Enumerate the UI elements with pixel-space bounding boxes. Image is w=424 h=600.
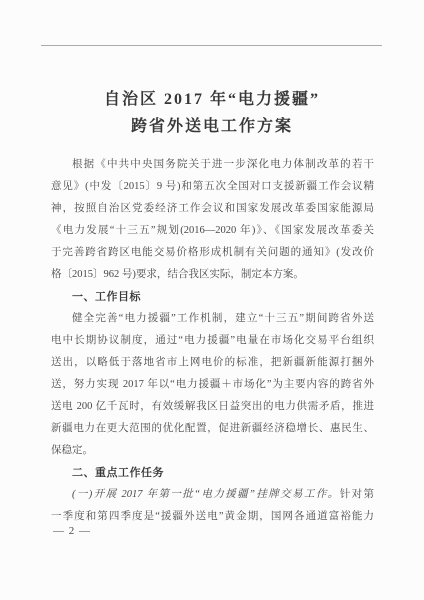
header-rule xyxy=(41,45,382,46)
body-line: 健全完善“电力援疆”工作机制，建立“十三五”期间跨省外送 xyxy=(51,308,374,330)
title-line-2: 跨省外送电工作方案 xyxy=(0,113,424,140)
body-line: 格〔2015〕962 号)要求，结合我区实际，制定本方案。 xyxy=(51,264,374,286)
subsection-heading-emphasis: (一)开展 2017 年第一批“电力援疆”挂牌交易工作。 xyxy=(72,489,340,500)
document-title: 自治区 2017 年“电力援疆” 跨省外送电工作方案 xyxy=(0,86,424,140)
page-number: — 2 — xyxy=(53,520,91,542)
body-line: 电中长期协议制度，通过“电力援疆”电量在市场化交易平台组织 xyxy=(51,330,374,352)
section-heading-1: 一、工作目标 xyxy=(51,286,374,308)
title-line-1: 自治区 2017 年“电力援疆” xyxy=(0,86,424,113)
body-line: (一)开展 2017 年第一批“电力援疆”挂牌交易工作。针对第 xyxy=(51,484,374,506)
body-line: 送出，以略低于落地省市上网电价的标准，把新疆新能源打捆外 xyxy=(51,352,374,374)
section-heading-2: 二、重点工作任务 xyxy=(51,462,374,484)
body-line: 根据《中共中央国务院关于进一步深化电力体制改革的若干 xyxy=(51,154,374,176)
body-line: 《电力发展“十三五”规划(2016—2020 年)》、《国家发展改革委关 xyxy=(51,220,374,242)
body-line: 保稳定。 xyxy=(51,440,374,462)
body-line: 一季度和第四季度是“援疆外送电”黄金期，国网各通道富裕能力 xyxy=(51,506,374,528)
body-text: 根据《中共中央国务院关于进一步深化电力体制改革的若干 意见》(中发〔2015〕9… xyxy=(51,154,374,528)
body-line: 新疆电力在更大范围的优化配置，促进新疆经济稳增长、惠民生、 xyxy=(51,418,374,440)
body-line: 送电 200 亿千瓦时，有效缓解我区日益突出的电力供需矛盾，推进 xyxy=(51,396,374,418)
body-line: 于完善跨省跨区电能交易价格形成机制有关问题的通知》(发改价 xyxy=(51,242,374,264)
body-line: 意见》(中发〔2015〕9 号)和第五次全国对口支援新疆工作会议精 xyxy=(51,176,374,198)
body-line: 神，按照自治区党委经济工作会议和国家发展改革委国家能源局 xyxy=(51,198,374,220)
body-line: 送，努力实现 2017 年以“电力援疆＋市场化”为主要内容的跨省外 xyxy=(51,374,374,396)
document-page: 自治区 2017 年“电力援疆” 跨省外送电工作方案 根据《中共中央国务院关于进… xyxy=(0,0,424,600)
body-line-tail: 针对第 xyxy=(340,489,374,500)
